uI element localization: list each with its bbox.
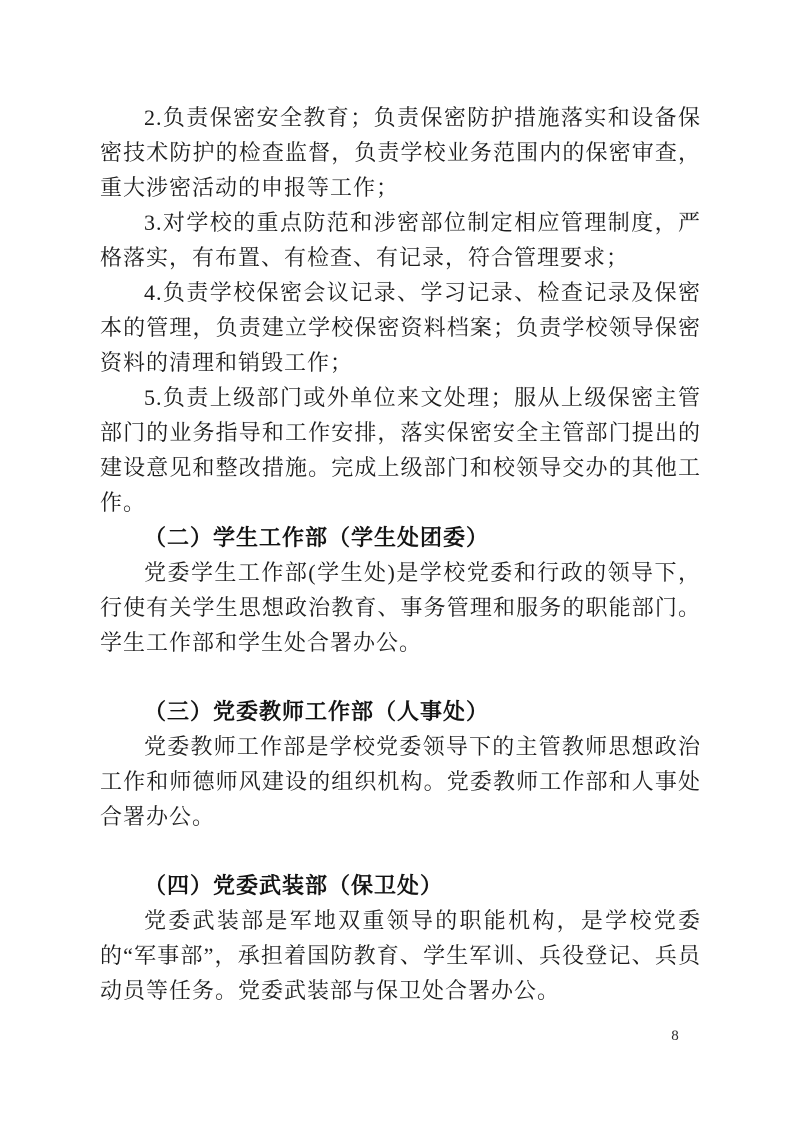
paragraph-item-2: 2.负责保密安全教育；负责保密防护措施落实和设备保密技术防护的检查监督，负责学校… bbox=[100, 100, 701, 205]
document-body: 2.负责保密安全教育；负责保密防护措施落实和设备保密技术防护的检查监督，负责学校… bbox=[100, 100, 701, 1008]
paragraph-item-3: 3.对学校的重点防范和涉密部位制定相应管理制度，严格落实，有布置、有检查、有记录… bbox=[100, 205, 701, 275]
paragraph-item-4: 4.负责学校保密会议记录、学习记录、检查记录及保密本的管理，负责建立学校保密资料… bbox=[100, 275, 701, 380]
section-3-paragraph: 党委教师工作部是学校党委领导下的主管教师思想政治工作和师德师风建设的组织机构。党… bbox=[100, 729, 701, 834]
section-4-paragraph: 党委武装部是军地双重领导的职能机构，是学校党委的“军事部”，承担着国防教育、学生… bbox=[100, 903, 701, 1008]
section-heading-3: （三）党委教师工作部（人事处） bbox=[100, 694, 701, 729]
section-heading-2: （二）学生工作部（学生处团委） bbox=[100, 520, 701, 555]
section-2-paragraph: 党委学生工作部(学生处)是学校党委和行政的领导下，行使有关学生思想政治教育、事务… bbox=[100, 555, 701, 660]
paragraph-item-5: 5.负责上级部门或外单位来文处理；服从上级保密主管部门的业务指导和工作安排，落实… bbox=[100, 380, 701, 520]
section-heading-4: （四）党委武装部（保卫处） bbox=[100, 868, 701, 903]
document-page: 2.负责保密安全教育；负责保密防护措施落实和设备保密技术防护的检查监督，负责学校… bbox=[0, 0, 799, 1131]
page-number: 8 bbox=[660, 1028, 690, 1045]
